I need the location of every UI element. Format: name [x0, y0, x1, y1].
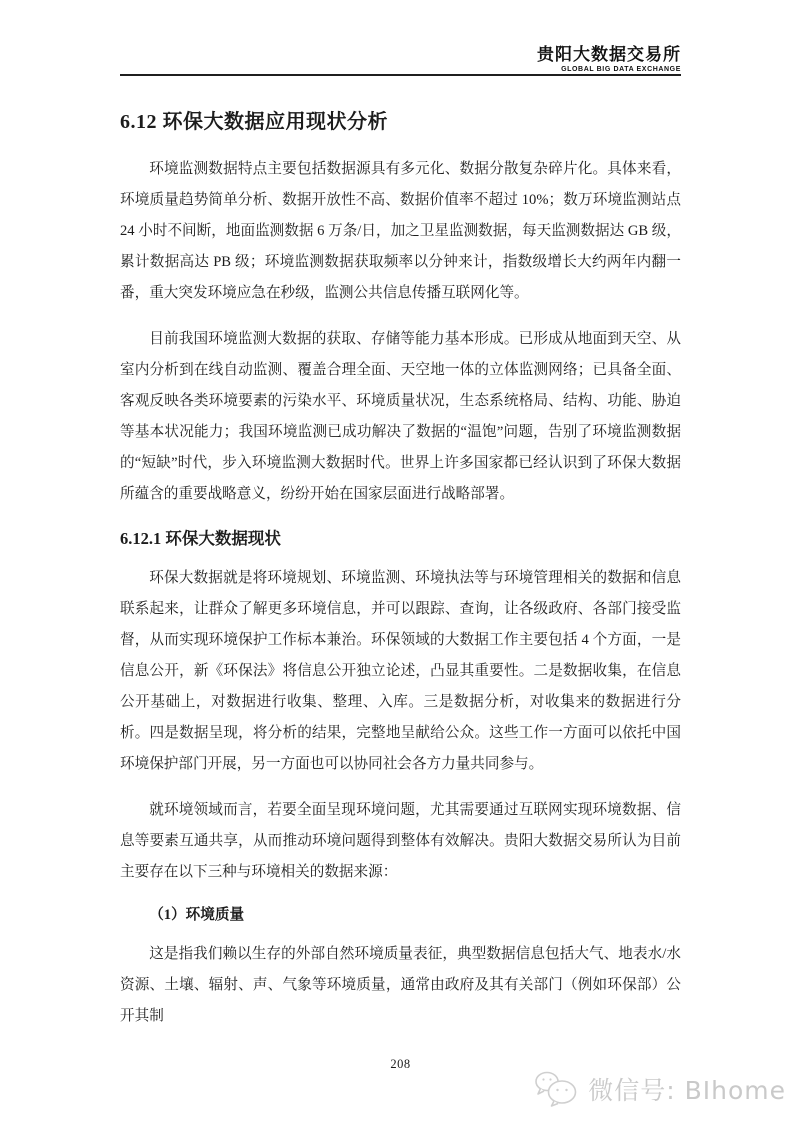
wechat-watermark: 微信号: BIhome — [534, 1070, 786, 1108]
paragraph-subsection-2: 就环境领域而言，若要全面呈现环境问题，尤其需要通过互联网实现环境数据、信息等要素… — [120, 795, 681, 888]
watermark-label: 微信号: BIhome — [588, 1071, 786, 1107]
section-title: 6.12 环保大数据应用现状分析 — [120, 105, 681, 134]
subsection-title: 6.12.1 环保大数据现状 — [120, 525, 681, 549]
list-item-heading: （1）环境质量 — [120, 903, 681, 924]
wechat-icon — [534, 1070, 580, 1108]
paragraph-intro-2: 目前我国环境监测大数据的获取、存储等能力基本形成。已形成从地面到天空、从室内分析… — [120, 324, 681, 510]
paragraph-intro-1: 环境监测数据特点主要包括数据源具有多元化、数据分散复杂碎片化。具体来看，环境质量… — [120, 154, 681, 309]
logo-title: 贵阳大数据交易所 — [120, 45, 681, 65]
page-header: 贵阳大数据交易所 GLOBAL BIG DATA EXCHANGE — [120, 0, 681, 76]
logo-subtitle: GLOBAL BIG DATA EXCHANGE — [120, 66, 681, 73]
paragraph-subsection-1: 环保大数据就是将环境规划、环境监测、环境执法等与环境管理相关的数据和信息联系起来… — [120, 563, 681, 780]
paragraph-item-1: 这是指我们赖以生存的外部自然环境质量表征，典型数据信息包括大气、地表水/水资源、… — [120, 939, 681, 1032]
logo: 贵阳大数据交易所 GLOBAL BIG DATA EXCHANGE — [120, 45, 681, 73]
document-page: 贵阳大数据交易所 GLOBAL BIG DATA EXCHANGE 6.12 环… — [120, 0, 681, 1072]
